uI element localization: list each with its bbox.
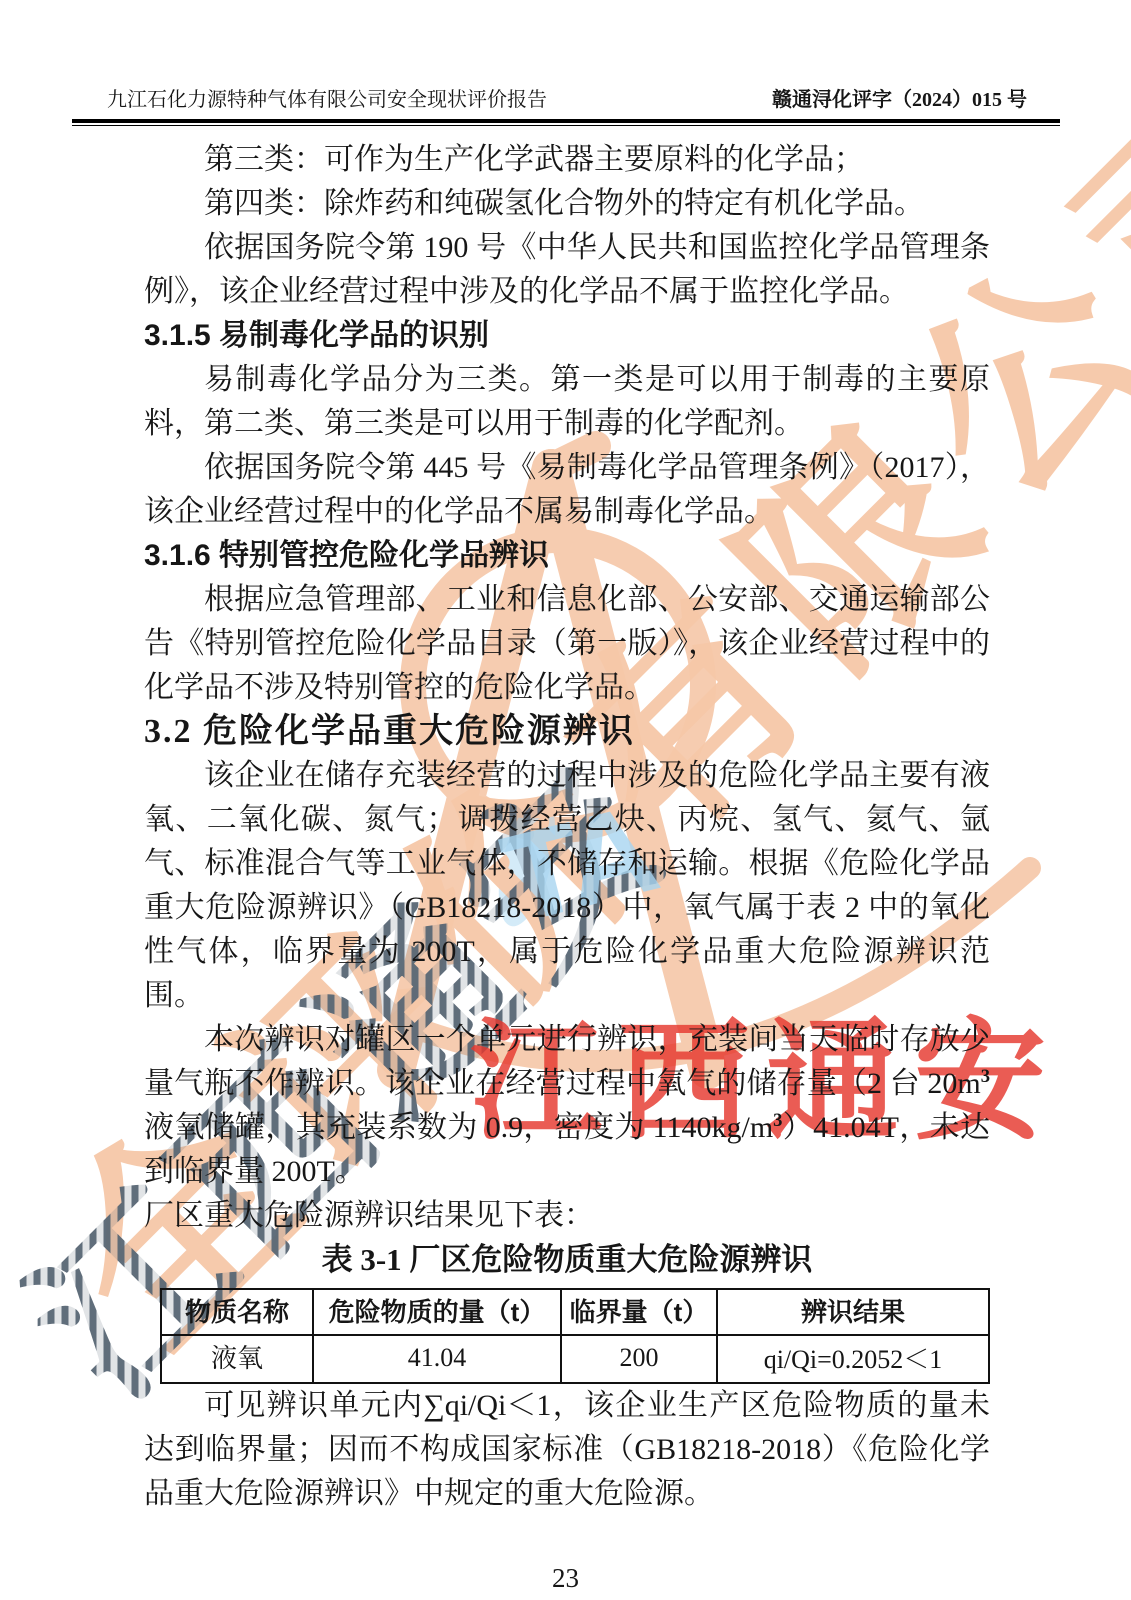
paragraph-group-before-table: 第三类：可作为生产化学武器主要原料的化学品；第四类：除炸药和纯碳氢化合物外的特定… [144,138,990,1238]
table-header-row: 物质名称 危险物质的量（t） 临界量（t） 辨识结果 [161,1289,989,1335]
cell-threshold: 200 [561,1335,717,1383]
heading-3-1-6: 3.1.6 特别管控危险化学品辨识 [144,534,990,578]
text-segment: 本次辨识对罐区一个单元进行辨识，充装间当天临时存放少量气瓶不作辨识。该企业在经营… [144,1023,990,1100]
para-special-control: 根据应急管理部、工业和信息化部、公安部、交通运输部公告《特别管控危险化学品目录（… [144,578,990,710]
para-identification-unit: 本次辨识对罐区一个单元进行辨识，充装间当天临时存放少量气瓶不作辨识。该企业在经营… [144,1018,990,1194]
document-content: 九江石化力源特种气体有限公司安全现状评价报告 赣通浔化评字（2024）015 号… [0,88,1131,1516]
col-header-substance: 物质名称 [161,1289,313,1335]
header-rule [72,119,1060,126]
major-hazard-table: 物质名称 危险物质的量（t） 临界量（t） 辨识结果 液氧 41.04 200 … [160,1288,990,1384]
table-caption: 表 3-1 厂区危险物质重大危险源辨识 [144,1238,990,1282]
col-header-threshold: 临界量（t） [561,1289,717,1335]
cell-quantity: 41.04 [313,1335,561,1383]
superscript: 3 [981,1066,990,1087]
cell-result: qi/Qi=0.2052＜1 [717,1335,989,1383]
para-decree-190: 依据国务院令第 190 号《中华人民共和国监控化学品管理条例》，该企业经营过程中… [144,226,990,314]
col-header-quantity: 危险物质的量（t） [313,1289,561,1335]
paragraph-group-after-table: 可见辨识单元内∑qi/Qi＜1，该企业生产区危险物质的量未达到临界量；因而不构成… [144,1384,990,1516]
para-class-3: 第三类：可作为生产化学武器主要原料的化学品； [144,138,990,182]
heading-3-2: 3.2 危险化学品重大危险源辨识 [144,710,990,754]
page-header: 九江石化力源特种气体有限公司安全现状评价报告 赣通浔化评字（2024）015 号 [107,88,1027,112]
header-report-title: 九江石化力源特种气体有限公司安全现状评价报告 [107,88,547,112]
header-document-number: 赣通浔化评字（2024）015 号 [772,88,1027,112]
body-text: 第三类：可作为生产化学武器主要原料的化学品；第四类：除炸药和纯碳氢化合物外的特定… [144,138,990,1516]
page-number: 23 [0,1556,1131,1600]
table-row: 液氧 41.04 200 qi/Qi=0.2052＜1 [161,1335,989,1383]
col-header-result: 辨识结果 [717,1289,989,1335]
cell-substance: 液氧 [161,1335,313,1383]
heading-3-1-5: 3.1.5 易制毒化学品的识别 [144,314,990,358]
para-table-lead: 厂区重大危险源辨识结果见下表： [144,1194,990,1238]
para-conclusion: 可见辨识单元内∑qi/Qi＜1，该企业生产区危险物质的量未达到临界量；因而不构成… [144,1384,990,1516]
report-page: 全评价有限公司 江西通安 TA 江西通安 九江石化力源特种气体有限公司安全现状评… [0,0,1131,1600]
para-class-4: 第四类：除炸药和纯碳氢化合物外的特定有机化学品。 [144,182,990,226]
para-hazchem-overview: 该企业在储存充装经营的过程中涉及的危险化学品主要有液氧、二氧化碳、氮气；调拨经营… [144,754,990,1018]
para-decree-445: 依据国务院令第 445 号《易制毒化学品管理条例》（2017），该企业经营过程中… [144,446,990,534]
para-precursor-categories: 易制毒化学品分为三类。第一类是可以用于制毒的主要原料，第二类、第三类是可以用于制… [144,358,990,446]
text-segment: 液氧储罐，其充装系数为 0.9，密度为 1140kg/m [144,1111,773,1144]
